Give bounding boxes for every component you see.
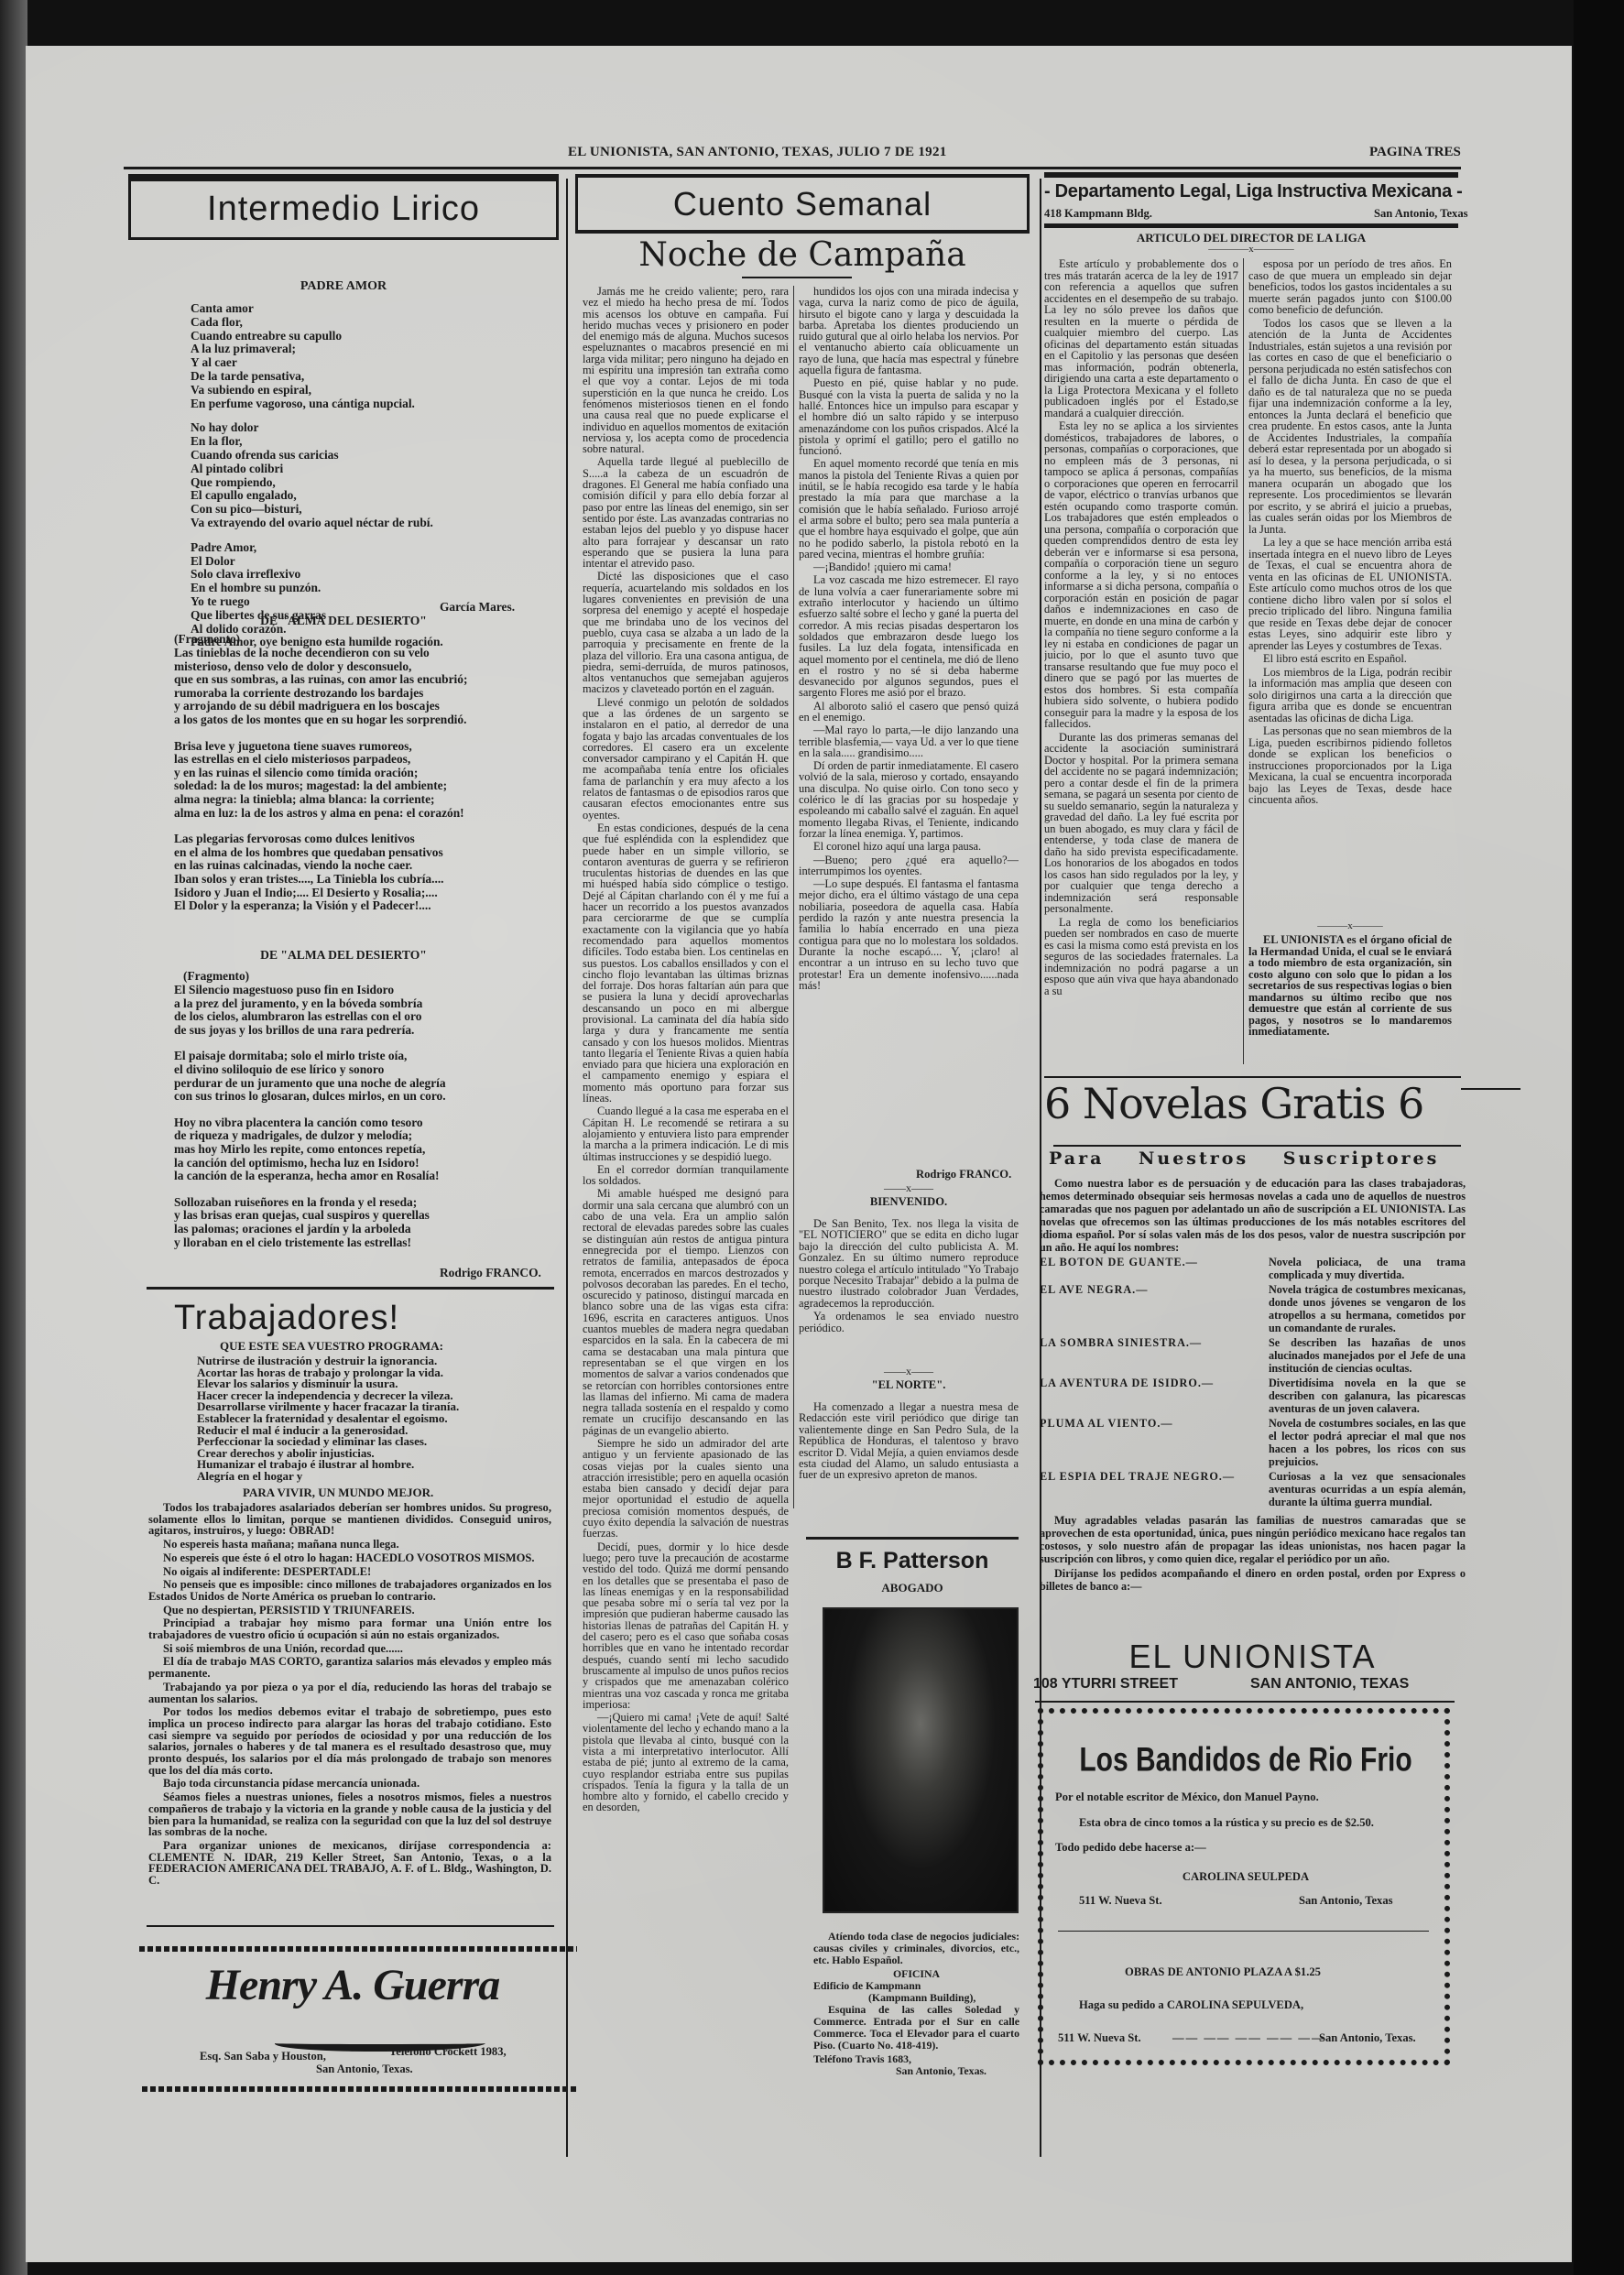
paragraph: —Mal rayo lo parta,—le dijo lanzando una… [799, 724, 1019, 758]
paragraph: Los miembros de la Liga, podrán recibir … [1248, 667, 1452, 724]
paragraph: De San Benito, Tex. nos llega la visita … [799, 1218, 1019, 1309]
section-rule [1044, 223, 1458, 228]
el-norte-body: Ha comenzado a llegar a nuestra mesa de … [799, 1401, 1019, 1483]
cuento-banner: Cuento Semanal [575, 174, 1030, 234]
liga-banner: - Departamento Legal, Liga Instructiva M… [1044, 181, 1458, 202]
scan-edge-left [0, 0, 27, 2275]
bienvenido-title: BIENVENIDO. [799, 1195, 1019, 1209]
novel-description: Novela policiaca, de una trama complicad… [1269, 1256, 1466, 1281]
paragraph: —¡Quiero mi cama! ¡Vete de aquí! Salté v… [583, 1712, 789, 1813]
paragraph: Dicté las disposiciones que el caso requ… [583, 571, 789, 694]
lawyer-services: Atíendo toda clase de negocios judiciale… [813, 1931, 1019, 1966]
paragraph: Puesto en pié, quise hablar y no pude. B… [799, 377, 1019, 456]
bandidos-address: 511 W. Nueva St. [1079, 1894, 1162, 1907]
novelas-subheading: Para Nuestros Suscriptores [1049, 1148, 1461, 1169]
novel-description: Novela trágica de costumbres mexicanas, … [1269, 1283, 1466, 1334]
novelas-body: Como nuestra labor es de persuación y de… [1040, 1177, 1466, 1595]
novel-description: Novela de costumbres sociales, en las qu… [1269, 1417, 1466, 1468]
novelas-order: Diríjanse los pedidos acompañando el din… [1040, 1567, 1466, 1593]
lawyer-title: ABOGADO [806, 1581, 1019, 1595]
paragraph: Las personas que no sean miembros de la … [1248, 725, 1452, 806]
novel-title: EL BOTON DE GUANTE.— [1040, 1256, 1269, 1281]
page-number: PAGINA TRES [1369, 145, 1461, 160]
paragraph: Cuando llegué a la casa me esperaba en e… [583, 1105, 789, 1161]
masthead-rule [124, 167, 1461, 169]
paragraph: Si soiś miembros de una Unión, recordad … [148, 1643, 551, 1655]
heading-flourish [1461, 1088, 1520, 1090]
section-rule [1044, 172, 1458, 178]
separator-x: ———x——— [1248, 920, 1452, 931]
poem-title: DE "ALMA DEL DESIERTO" [128, 948, 559, 963]
novel-list-item: LA SOMBRA SINIESTRA.—Se describen las ha… [1040, 1336, 1466, 1375]
publisher-city: SAN ANTONIO, TEXAS [1250, 1676, 1409, 1693]
paragraph: Por todos los medios debemos evitar el t… [148, 1706, 551, 1776]
liga-address: 418 Kampmann Bldg. [1044, 207, 1152, 221]
plaza-title: OBRAS DE ANTONIO PLAZA A $1.25 [1044, 1965, 1401, 1978]
ornamental-border [139, 1946, 577, 1952]
novel-title: EL AVE NEGRA.— [1040, 1283, 1269, 1334]
trabajadores-motto: PARA VIVIR, UN MUNDO MEJOR. [243, 1486, 433, 1500]
paragraph: Para organizar uniones de mexicanos, dir… [148, 1840, 551, 1887]
trabajadores-subtitle: QUE ESTE SEA VUESTRO PROGRAMA: [220, 1339, 443, 1354]
paragraph: Llevé conmigo un pelotón de soldados que… [583, 697, 789, 821]
paragraph: El día de trabajo MAS CORTO, garantiza s… [148, 1656, 551, 1679]
lawyer-details: Atíendo toda clase de negocios judiciale… [813, 1931, 1019, 2077]
stanza: Hoy no vibra placentera la canción como … [174, 1116, 559, 1183]
stanza: Sollozaban ruiseñores en la fronda y el … [174, 1196, 559, 1249]
novelas-intro: Como nuestra labor es de persuación y de… [1040, 1177, 1466, 1254]
plaza-city: San Antonio, Texas. [1319, 2031, 1416, 2044]
bandidos-city: San Antonio, Texas [1299, 1894, 1393, 1907]
stanza: El Silencio magestuoso puso fin en Isido… [174, 984, 559, 1037]
liga-column-1: Este artículo y probablemente dos o tres… [1044, 258, 1238, 1064]
liga-column-2: esposa por un período de tres años. En c… [1248, 258, 1452, 918]
paragraph: Todos los casos que se lleven a la atenc… [1248, 318, 1452, 536]
novel-description: Curiosas a la vez que sensacionales aven… [1269, 1470, 1466, 1508]
paragraph: Aquella tarde llegué al pueblecillo de S… [583, 456, 789, 569]
poem-note: (Fragmento) [183, 969, 559, 984]
stanza: Las plegarias fervorosas como dulces len… [174, 833, 559, 913]
paragraph: En estas condiciones, después de la cena… [583, 822, 789, 1104]
section-rule [147, 1287, 554, 1290]
novel-description: Se describen las hazañas de unos alucina… [1269, 1336, 1466, 1375]
novel-title: PLUMA AL VIENTO.— [1040, 1417, 1269, 1468]
liga-city: San Antonio, Texas [1374, 207, 1468, 221]
separator-x: ——x—— [799, 1365, 1019, 1378]
paragraph: Decidí, pues, dormir y lo hice desde lue… [583, 1541, 789, 1710]
lawyer-name: B F. Patterson [806, 1548, 1019, 1574]
paragraph: Jamás me he creido valiente; pero, rara … [583, 286, 789, 454]
novel-description: Divertidísima novela en la que se descri… [1269, 1377, 1466, 1415]
bandidos-order: Todo pedido debe hacerse a:— [1055, 1841, 1206, 1854]
section-rule [1058, 1931, 1429, 1932]
plaza-order: Haga su pedido a CAROLINA SEPULVEDA, [1079, 1998, 1303, 2011]
trabajadores-body: Todos los trabajadores asalariados deber… [148, 1502, 551, 1889]
paragraph: Ha comenzado a llegar a nuestra mesa de … [799, 1401, 1019, 1481]
stanza: Canta amor Cada flor, Cuando entreabre s… [191, 302, 557, 410]
paragraph: El coronel hizo aquí una larga pausa. [799, 841, 1019, 852]
section-rule [1035, 1701, 1455, 1703]
stanza: No hay dolor En la flor, Cuando ofrenda … [191, 421, 557, 529]
novel-list-item: LA AVENTURA DE ISIDRO.—Divertidísima nov… [1040, 1377, 1466, 1415]
section-rule [806, 1537, 1019, 1540]
novel-list: EL BOTON DE GUANTE.—Novela policiaca, de… [1040, 1256, 1466, 1508]
plaza-address: 511 W. Nueva St. [1058, 2031, 1141, 2044]
trabajadores-heading: Trabajadores! [174, 1299, 399, 1338]
scan-edge-right [1574, 0, 1624, 2275]
column-divider [566, 179, 568, 2157]
separator-x: ——x—— [799, 1181, 1019, 1195]
bandidos-price: Esta obra de cinco tomos a la rústica y … [1079, 1816, 1374, 1829]
paragraph: hundidos los ojos con una mirada indecis… [799, 286, 1019, 376]
title-rule [742, 277, 852, 278]
paragraph: esposa por un período de tres años. En c… [1248, 258, 1452, 316]
story-column-2: hundidos los ojos con una mirada indecis… [799, 286, 1019, 1202]
el-norte-title: "EL NORTE". [799, 1378, 1019, 1392]
novel-list-item: PLUMA AL VIENTO.—Novela de costumbres so… [1040, 1417, 1466, 1468]
novel-list-item: EL AVE NEGRA.—Novela trágica de costumbr… [1040, 1283, 1466, 1334]
novel-title: LA AVENTURA DE ISIDRO.— [1040, 1377, 1269, 1415]
story-title: Noche de Campaña [575, 236, 1030, 274]
publisher-name: EL UNIONISTA [1044, 1638, 1461, 1676]
paragraph: No oigais al indiferente: DESPERTADLE! [148, 1566, 551, 1578]
publisher-address: 108 YTURRI STREET [1033, 1676, 1178, 1693]
guerra-signature: Henry A. Guerra [128, 1960, 577, 2010]
novel-list-item: EL BOTON DE GUANTE.—Novela policiaca, de… [1040, 1256, 1466, 1281]
stanza: Brisa leve y juguetona tiene suaves rumo… [174, 740, 559, 821]
poem-note: (Fragmento) [174, 632, 559, 647]
paragraph: Al alboroto salió el casero que pensó qu… [799, 701, 1019, 724]
paragraph: Trabajando ya por pieza o ya por el día,… [148, 1682, 551, 1704]
novelas-heading: 6 Novelas Gratis 6 [1044, 1079, 1423, 1128]
paragraph: En el corredor dormían tranquilamente lo… [583, 1164, 789, 1187]
paragraph: —Bueno; pero ¿qué era aquello?— interrum… [799, 854, 1019, 877]
notice-text: EL UNIONISTA es el órgano oficial de la … [1248, 934, 1452, 1038]
guerra-city: San Antonio, Texas. [316, 2063, 413, 2075]
paragraph: La voz cascada me hizo estremecer. El ra… [799, 574, 1019, 698]
section-rule [147, 1925, 554, 1927]
paragraph: Ya ordenamos le sea enviado nuestro peri… [799, 1311, 1019, 1333]
paragraph: El libro está escrito en Español. [1248, 653, 1452, 665]
liga-notice: EL UNIONISTA es el órgano oficial de la … [1248, 934, 1452, 1040]
paragraph: En aquel momento recordé que tenía en mi… [799, 458, 1019, 560]
plaza-dashes: —— —— —— —— —— [1172, 2031, 1325, 2044]
paragraph: No penseis que es imposible: cinco millo… [148, 1579, 551, 1602]
novel-list-item: EL ESPIA DEL TRAJE NEGRO.—Curiosas a la … [1040, 1470, 1466, 1508]
poem-author: Rodrigo FRANCO. [440, 1266, 541, 1280]
paragraph: La ley a que se hace mención arriba está… [1248, 537, 1452, 651]
column-divider [1243, 258, 1244, 1064]
stanza: Las tinieblas de la noche decendieron co… [174, 647, 559, 727]
paragraph: Siempre he sido un admirador del arte an… [583, 1438, 789, 1540]
paragraph: —¡Bandido! ¡quiero mi cama! [799, 561, 1019, 572]
paragraph: La regla de como los beneficiarios puede… [1044, 917, 1238, 997]
poem-padre-amor: Canta amor Cada flor, Cuando entreabre s… [191, 302, 557, 649]
paragraph: No espereis que éste ó el otro lo hagan:… [148, 1552, 551, 1564]
paragraph: Principiad a trabajar hoy mismo para for… [148, 1617, 551, 1640]
paragraph: Todos los trabajadores asalariados deber… [148, 1502, 551, 1537]
story-author: Rodrigo FRANCO. [916, 1168, 1011, 1181]
paragraph: Durante las dos primeras semanas del acc… [1044, 732, 1238, 915]
intermedio-banner: Intermedio Lirico [128, 174, 559, 240]
masthead-line: EL UNIONISTA, SAN ANTONIO, TEXAS, JULIO … [568, 145, 947, 160]
poem-title: DE "ALMA DEL DESIERTO" [128, 614, 559, 628]
paragraph: Esta ley no se aplica a los sirvientes d… [1044, 420, 1238, 730]
paragraph: Este artículo y probablemente dos o tres… [1044, 258, 1238, 419]
lawyer-city: San Antonio, Texas. [813, 2065, 1019, 2077]
guerra-phone: Teléfono Crockett 1983, [389, 2045, 507, 2058]
bandidos-author: Por el notable escritor de México, don M… [1055, 1791, 1319, 1803]
bienvenido-body: De San Benito, Tex. nos llega la visita … [799, 1218, 1019, 1335]
section-rule [1053, 1145, 1461, 1147]
poem-author: García Mares. [440, 600, 515, 615]
trabajadores-program: Nutrirse de ilustración y destruir la ig… [197, 1355, 554, 1483]
paragraph: Que no despiertan, PERSISTID Y TRIUNFARE… [148, 1605, 551, 1616]
paragraph: —Lo supe después. El fantasma el fantasm… [799, 878, 1019, 991]
bandidos-title: Los Bandidos de Rio Frio [1044, 1741, 1447, 1780]
poem-alma-desierto-2: (Fragmento) El Silencio magestuoso puso … [174, 969, 559, 1249]
paragraph: No espereis hasta mañana; mañana nunca l… [148, 1539, 551, 1551]
separator-x: ————x———— [1044, 244, 1458, 255]
bandidos-contact: CAROLINA SEULPEDA [1044, 1870, 1447, 1883]
paragraph: Dí orden de partir inmediatamente. El ca… [799, 760, 1019, 839]
novelas-outro: Muy agradables veladas pasarán las famil… [1040, 1514, 1466, 1565]
paragraph: Séamos fieles a nuestras uniones, fieles… [148, 1791, 551, 1838]
column-divider [793, 286, 794, 1508]
poem-title: PADRE AMOR [128, 279, 559, 294]
section-rule [1044, 1076, 1461, 1078]
poem-alma-desierto-1: (Fragmento) Las tinieblas de la noche de… [174, 632, 559, 913]
stanza: El paisaje dormitaba; solo el mirlo tris… [174, 1050, 559, 1103]
story-column-1: Jamás me he creido valiente; pero, rara … [583, 286, 789, 2163]
novel-title: LA SOMBRA SINIESTRA.— [1040, 1336, 1269, 1375]
novel-title: EL ESPIA DEL TRAJE NEGRO.— [1040, 1470, 1269, 1508]
paragraph: Bajo toda circunstancia pídase mercancía… [148, 1778, 551, 1790]
guerra-address: Esq. San Saba y Houston, [200, 2050, 326, 2063]
ornamental-border [142, 2086, 577, 2092]
paragraph: Mi amable huésped me designó para dormir… [583, 1188, 789, 1436]
portrait-photo [823, 1607, 1019, 1913]
office-directions: Esquina de las calles Soledad y Commerce… [813, 2004, 1019, 2052]
